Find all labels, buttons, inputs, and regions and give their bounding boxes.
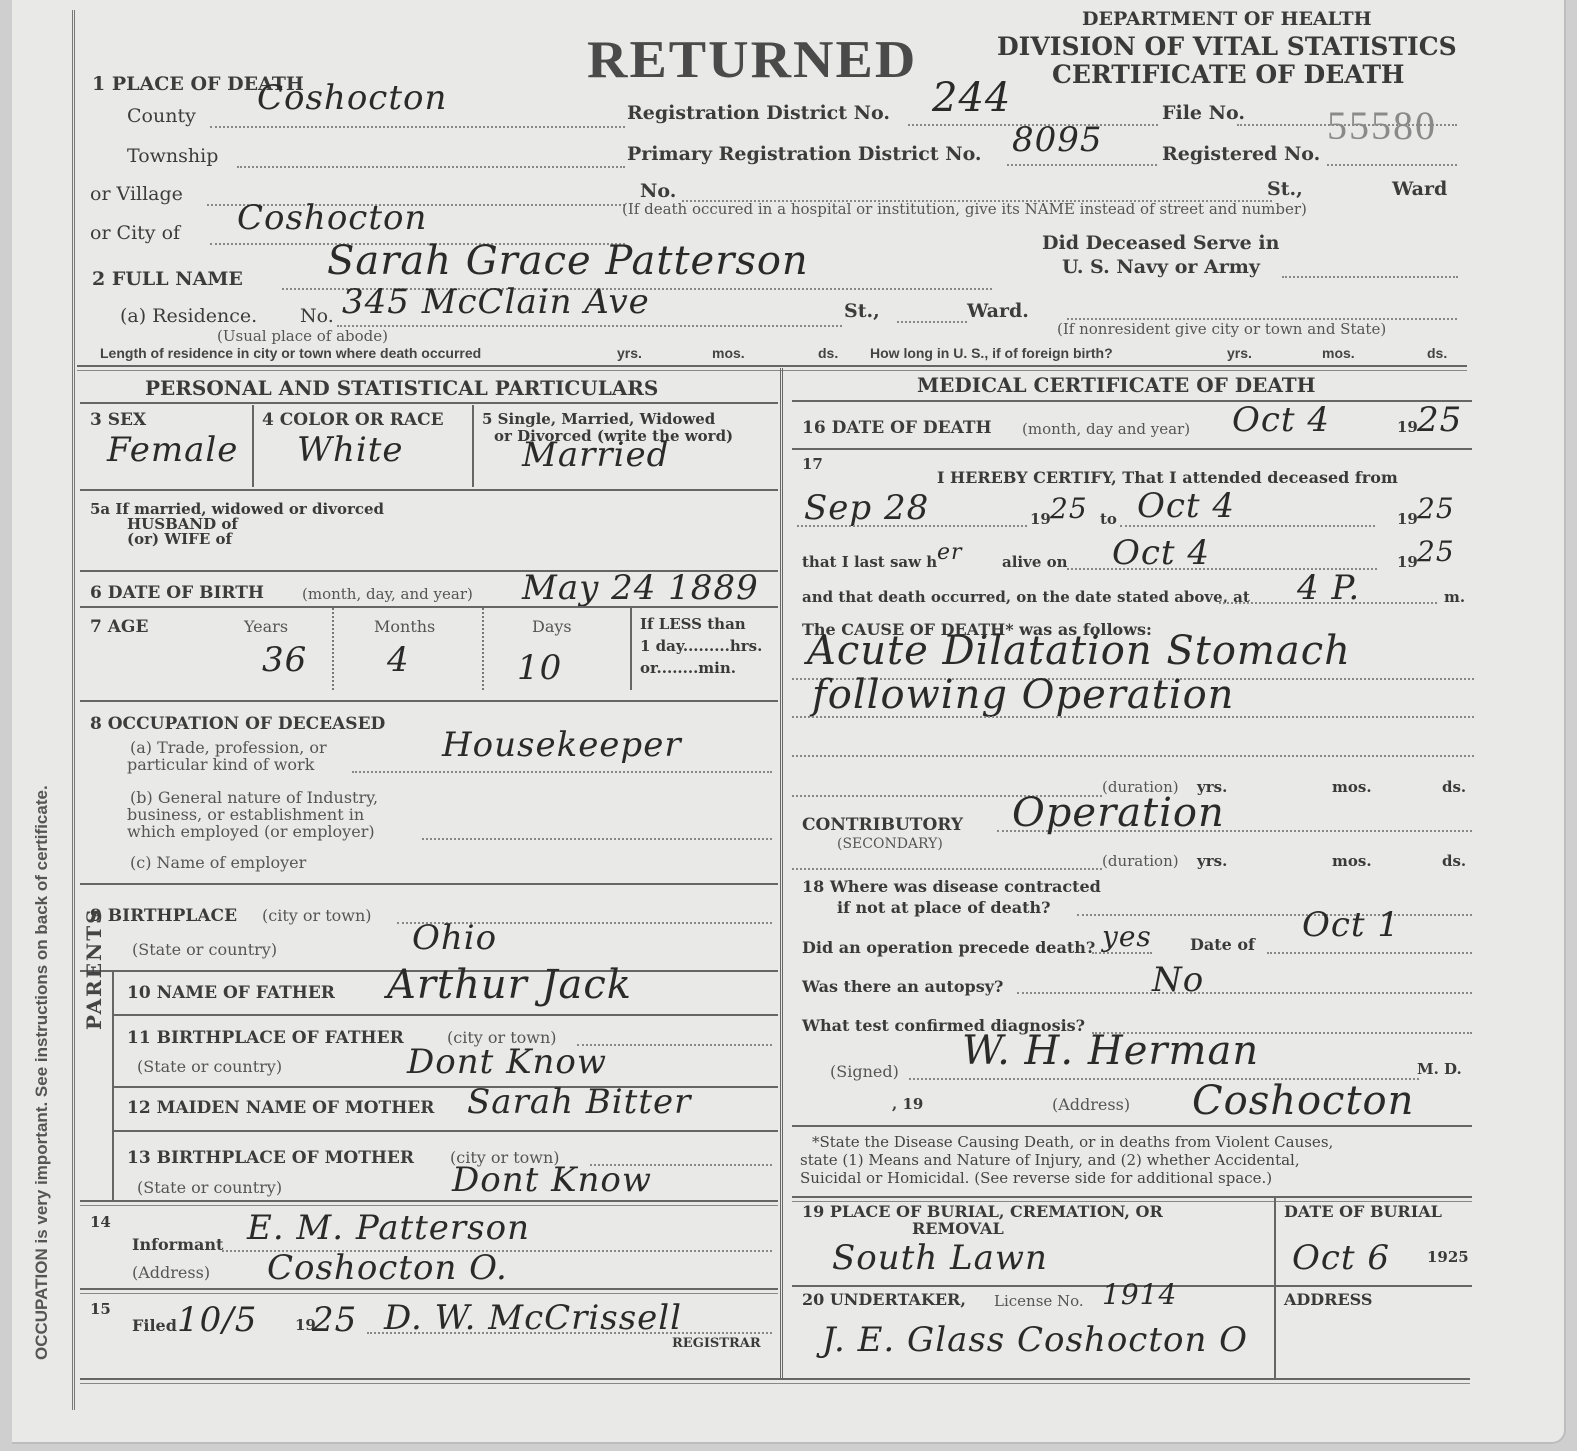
informant-number: 14	[90, 1213, 111, 1231]
license-value[interactable]: 1914	[1102, 1278, 1177, 1311]
autopsy-label: Was there an autopsy?	[802, 977, 1003, 996]
operation-value[interactable]: yes	[1102, 920, 1152, 953]
less-label-2: 1 day.........hrs.	[640, 637, 762, 655]
operation-date-label: Date of	[1190, 935, 1255, 954]
length-ds-label: ds.	[818, 345, 838, 361]
burial-date-year: 1925	[1427, 1248, 1469, 1266]
mother-birthplace-state-label: (State or country)	[137, 1178, 282, 1197]
file-no-label: File No.	[1162, 102, 1245, 124]
registered-no-label: Registered No.	[1162, 143, 1320, 165]
informant-address-value[interactable]: Coshocton O.	[267, 1248, 508, 1288]
father-name-label: 10 NAME OF FATHER	[127, 983, 335, 1003]
doctor-address-value[interactable]: Coshocton	[1192, 1078, 1414, 1124]
duration-mos-1: mos.	[1332, 778, 1372, 796]
mother-birthplace-label: 13 BIRTHPLACE OF MOTHER	[127, 1148, 414, 1168]
occ-c-label: (c) Name of employer	[130, 853, 306, 872]
parents-side-label: PARENTS	[82, 907, 106, 1030]
foreign-mos-label: mos.	[1322, 345, 1355, 361]
personal-section-title: PERSONAL AND STATISTICAL PARTICULARS	[145, 376, 658, 400]
father-birthplace-state-label: (State or country)	[137, 1057, 282, 1076]
duration-yrs-2: yrs.	[1197, 852, 1227, 870]
residence-street-label: St.,	[844, 300, 880, 322]
city-value[interactable]: Coshocton	[237, 198, 427, 238]
contributory-label: CONTRIBUTORY	[802, 815, 963, 835]
last-saw-year[interactable]: 25	[1417, 535, 1455, 568]
father-birthplace-value[interactable]: Dont Know	[407, 1042, 607, 1082]
ward-label: Ward	[1392, 178, 1447, 200]
less-label-1: If LESS than	[640, 615, 746, 633]
length-mos-label: mos.	[712, 345, 745, 361]
contributory-value[interactable]: Operation	[1012, 790, 1225, 836]
column-divider	[780, 368, 783, 1380]
department-title: DEPARTMENT OF HEALTH	[1082, 8, 1372, 30]
last-saw-label: that I last saw h	[802, 553, 937, 571]
footnote-line-2: state (1) Means and Nature of Injury, an…	[800, 1150, 1300, 1170]
county-label: County	[127, 105, 196, 127]
cert-number: 17	[802, 455, 823, 473]
hospital-note: (If death occured in a hospital or insti…	[622, 200, 1307, 218]
marital-value[interactable]: Married	[522, 435, 669, 475]
dod-hint: (month, day and year)	[1022, 420, 1190, 438]
footnote-line-3: Suicidal or Homicidal. (See reverse side…	[800, 1168, 1272, 1188]
birthplace-value[interactable]: Ohio	[412, 918, 497, 958]
duration-label-2: (duration)	[1102, 852, 1179, 870]
race-label: 4 COLOR OR RACE	[262, 410, 444, 430]
reg-district-label: Registration District No.	[627, 102, 890, 124]
last-saw-value[interactable]: Oct 4	[1112, 533, 1210, 573]
abode-note: (Usual place of abode)	[217, 327, 388, 345]
months-value[interactable]: 4	[387, 640, 410, 680]
full-name-value[interactable]: Sarah Grace Patterson	[327, 238, 809, 284]
days-label: Days	[532, 617, 572, 636]
certificate-title: CERTIFICATE OF DEATH	[1052, 60, 1405, 89]
race-value[interactable]: White	[297, 430, 404, 470]
doctor-address-label: (Address)	[1052, 1095, 1130, 1114]
attended-to-value[interactable]: Oct 4	[1137, 486, 1235, 526]
license-label: License No.	[994, 1292, 1084, 1310]
occupation-value[interactable]: Housekeeper	[442, 725, 682, 765]
footnote-line-1: *State the Disease Causing Death, or in …	[812, 1132, 1333, 1152]
informant-address-label: (Address)	[132, 1263, 210, 1282]
months-label: Months	[374, 617, 435, 636]
primary-reg-label: Primary Registration District No.	[627, 143, 982, 165]
father-birthplace-label: 11 BIRTHPLACE OF FATHER	[127, 1028, 404, 1048]
dod-year[interactable]: 25	[1417, 400, 1462, 440]
street-no-label: No.	[640, 180, 676, 202]
medical-section-title: MEDICAL CERTIFICATE OF DEATH	[917, 373, 1316, 397]
occupation-side-note: OCCUPATION is very important. See instru…	[32, 260, 52, 1360]
duration-ds-1: ds.	[1442, 778, 1466, 796]
registrar-label: REGISTRAR	[672, 1336, 761, 1351]
autopsy-value[interactable]: No	[1152, 960, 1204, 1000]
attended-to-year[interactable]: 25	[1417, 492, 1455, 525]
street-label: St.,	[1267, 178, 1303, 200]
death-time-suffix: m.	[1444, 588, 1465, 606]
filed-year-value[interactable]: 25	[312, 1300, 357, 1340]
division-title: DIVISION OF VITAL STATISTICS	[997, 32, 1457, 61]
mother-maiden-label: 12 MAIDEN NAME OF MOTHER	[127, 1098, 434, 1118]
death-certificate: OCCUPATION is very important. See instru…	[12, 0, 1566, 1444]
length-yrs-label: yrs.	[617, 345, 642, 361]
county-value[interactable]: Coshocton	[257, 78, 447, 118]
certify-text: I HEREBY CERTIFY, That I attended deceas…	[937, 468, 1398, 487]
attended-from-value[interactable]: Sep 28	[804, 488, 929, 528]
occupation-label: 8 OCCUPATION OF DECEASED	[90, 714, 385, 734]
operation-date-value[interactable]: Oct 1	[1302, 905, 1400, 945]
undertaker-address-label: ADDRESS	[1284, 1290, 1372, 1309]
death-time-value[interactable]: 4 P.	[1297, 568, 1360, 608]
filed-date-value[interactable]: 10/5	[177, 1300, 257, 1340]
registrar-signature[interactable]: D. W. McCrissell	[384, 1298, 682, 1338]
years-label: Years	[244, 617, 288, 636]
contracted-label-1: 18 Where was disease contracted	[802, 877, 1101, 896]
birthplace-state-label: (State or country)	[132, 940, 277, 959]
signed-label: (Signed)	[830, 1062, 899, 1081]
spouse-label-3: (or) WIFE of	[127, 530, 232, 548]
attended-from-year[interactable]: 25	[1050, 492, 1088, 525]
undertaker-label: 20 UNDERTAKER,	[802, 1290, 966, 1309]
village-label: or Village	[90, 183, 183, 205]
residence-no-label: No.	[300, 305, 334, 327]
length-residence-label: Length of residence in city or town wher…	[100, 345, 481, 361]
dod-value[interactable]: Oct 4	[1232, 400, 1330, 440]
residence-label: (a) Residence.	[120, 305, 257, 327]
occ-b-label-3: which employed (or employer)	[127, 822, 375, 841]
informant-label: Informant	[132, 1235, 223, 1254]
dob-value[interactable]: May 24 1889	[522, 568, 759, 608]
occ-a-label-2: particular kind of work	[127, 755, 314, 774]
header-divider	[77, 365, 1467, 371]
operation-label: Did an operation precede death?	[802, 938, 1095, 957]
burial-date-value[interactable]: Oct 6	[1292, 1238, 1390, 1278]
filed-label: Filed	[132, 1316, 177, 1335]
marital-label-1: 5 Single, Married, Widowed	[482, 410, 715, 428]
township-label: Township	[127, 145, 218, 167]
sex-label: 3 SEX	[90, 410, 146, 430]
foreign-ds-label: ds.	[1427, 345, 1447, 361]
informant-value[interactable]: E. M. Patterson	[247, 1208, 530, 1248]
years-value[interactable]: 36	[262, 640, 307, 680]
mother-birthplace-value[interactable]: Dont Know	[452, 1160, 652, 1200]
foreign-yrs-label: yrs.	[1227, 345, 1252, 361]
alive-on-label: alive on	[1002, 553, 1068, 571]
city-label: or City of	[90, 222, 180, 244]
foreign-birth-label: How long in U. S., if of foreign birth?	[870, 345, 1113, 361]
burial-place-value[interactable]: South Lawn	[832, 1238, 1048, 1278]
dob-label: 6 DATE OF BIRTH	[90, 583, 264, 603]
attended-to-year-prefix: 19	[1397, 510, 1418, 528]
dod-year-prefix: 19	[1397, 418, 1418, 436]
contracted-label-2: if not at place of death?	[837, 898, 1051, 917]
cause-line-1[interactable]: Acute Dilatation Stomach	[807, 628, 1351, 674]
mother-maiden-value[interactable]: Sarah Bitter	[467, 1082, 691, 1122]
military-label-2: U. S. Navy or Army	[1062, 256, 1260, 278]
dod-label: 16 DATE OF DEATH	[802, 418, 992, 438]
burial-place-label-2: REMOVAL	[912, 1219, 1004, 1238]
duration-ds-2: ds.	[1442, 852, 1466, 870]
less-label-3: or........min.	[640, 659, 736, 677]
md-label: M. D.	[1417, 1060, 1462, 1078]
birthplace-hint: (city or town)	[262, 906, 372, 925]
file-no-value: 55580	[1327, 102, 1437, 149]
nonresident-note: (If nonresident give city or town and St…	[1057, 320, 1386, 338]
reg-district-value[interactable]: 244	[932, 75, 1011, 121]
cause-line-2[interactable]: following Operation	[812, 672, 1234, 718]
undertaker-value[interactable]: J. E. Glass	[822, 1320, 1005, 1360]
death-time-label: and that death occurred, on the date sta…	[802, 588, 1250, 606]
last-saw-pronoun[interactable]: er	[937, 540, 963, 565]
days-value[interactable]: 10	[517, 648, 562, 688]
sign-year-label: , 19	[892, 1095, 923, 1113]
father-name-value[interactable]: Arthur Jack	[387, 962, 632, 1008]
attended-from-year-prefix: 19	[1030, 510, 1051, 528]
primary-reg-value[interactable]: 8095	[1012, 120, 1103, 160]
secondary-label: (SECONDARY)	[837, 836, 943, 852]
birthplace-label: 9 BIRTHPLACE	[90, 906, 237, 926]
duration-mos-2: mos.	[1332, 852, 1372, 870]
undertaker-address-value[interactable]: Coshocton O	[1017, 1320, 1248, 1360]
age-label: 7 AGE	[90, 617, 148, 637]
residence-ward-label: Ward.	[967, 300, 1029, 322]
returned-stamp: RETURNED	[587, 30, 917, 91]
filed-number: 15	[90, 1300, 111, 1318]
to-label: to	[1100, 510, 1117, 528]
full-name-label: 2 FULL NAME	[92, 268, 243, 290]
residence-value[interactable]: 345 McClain Ave	[342, 282, 650, 322]
burial-date-label: DATE OF BURIAL	[1284, 1202, 1442, 1221]
signed-value[interactable]: W. H. Herman	[962, 1028, 1259, 1074]
sex-value[interactable]: Female	[107, 430, 238, 470]
military-label-1: Did Deceased Serve in	[1042, 232, 1279, 254]
last-saw-year-prefix: 19	[1397, 553, 1418, 571]
dob-hint: (month, day, and year)	[302, 585, 473, 603]
